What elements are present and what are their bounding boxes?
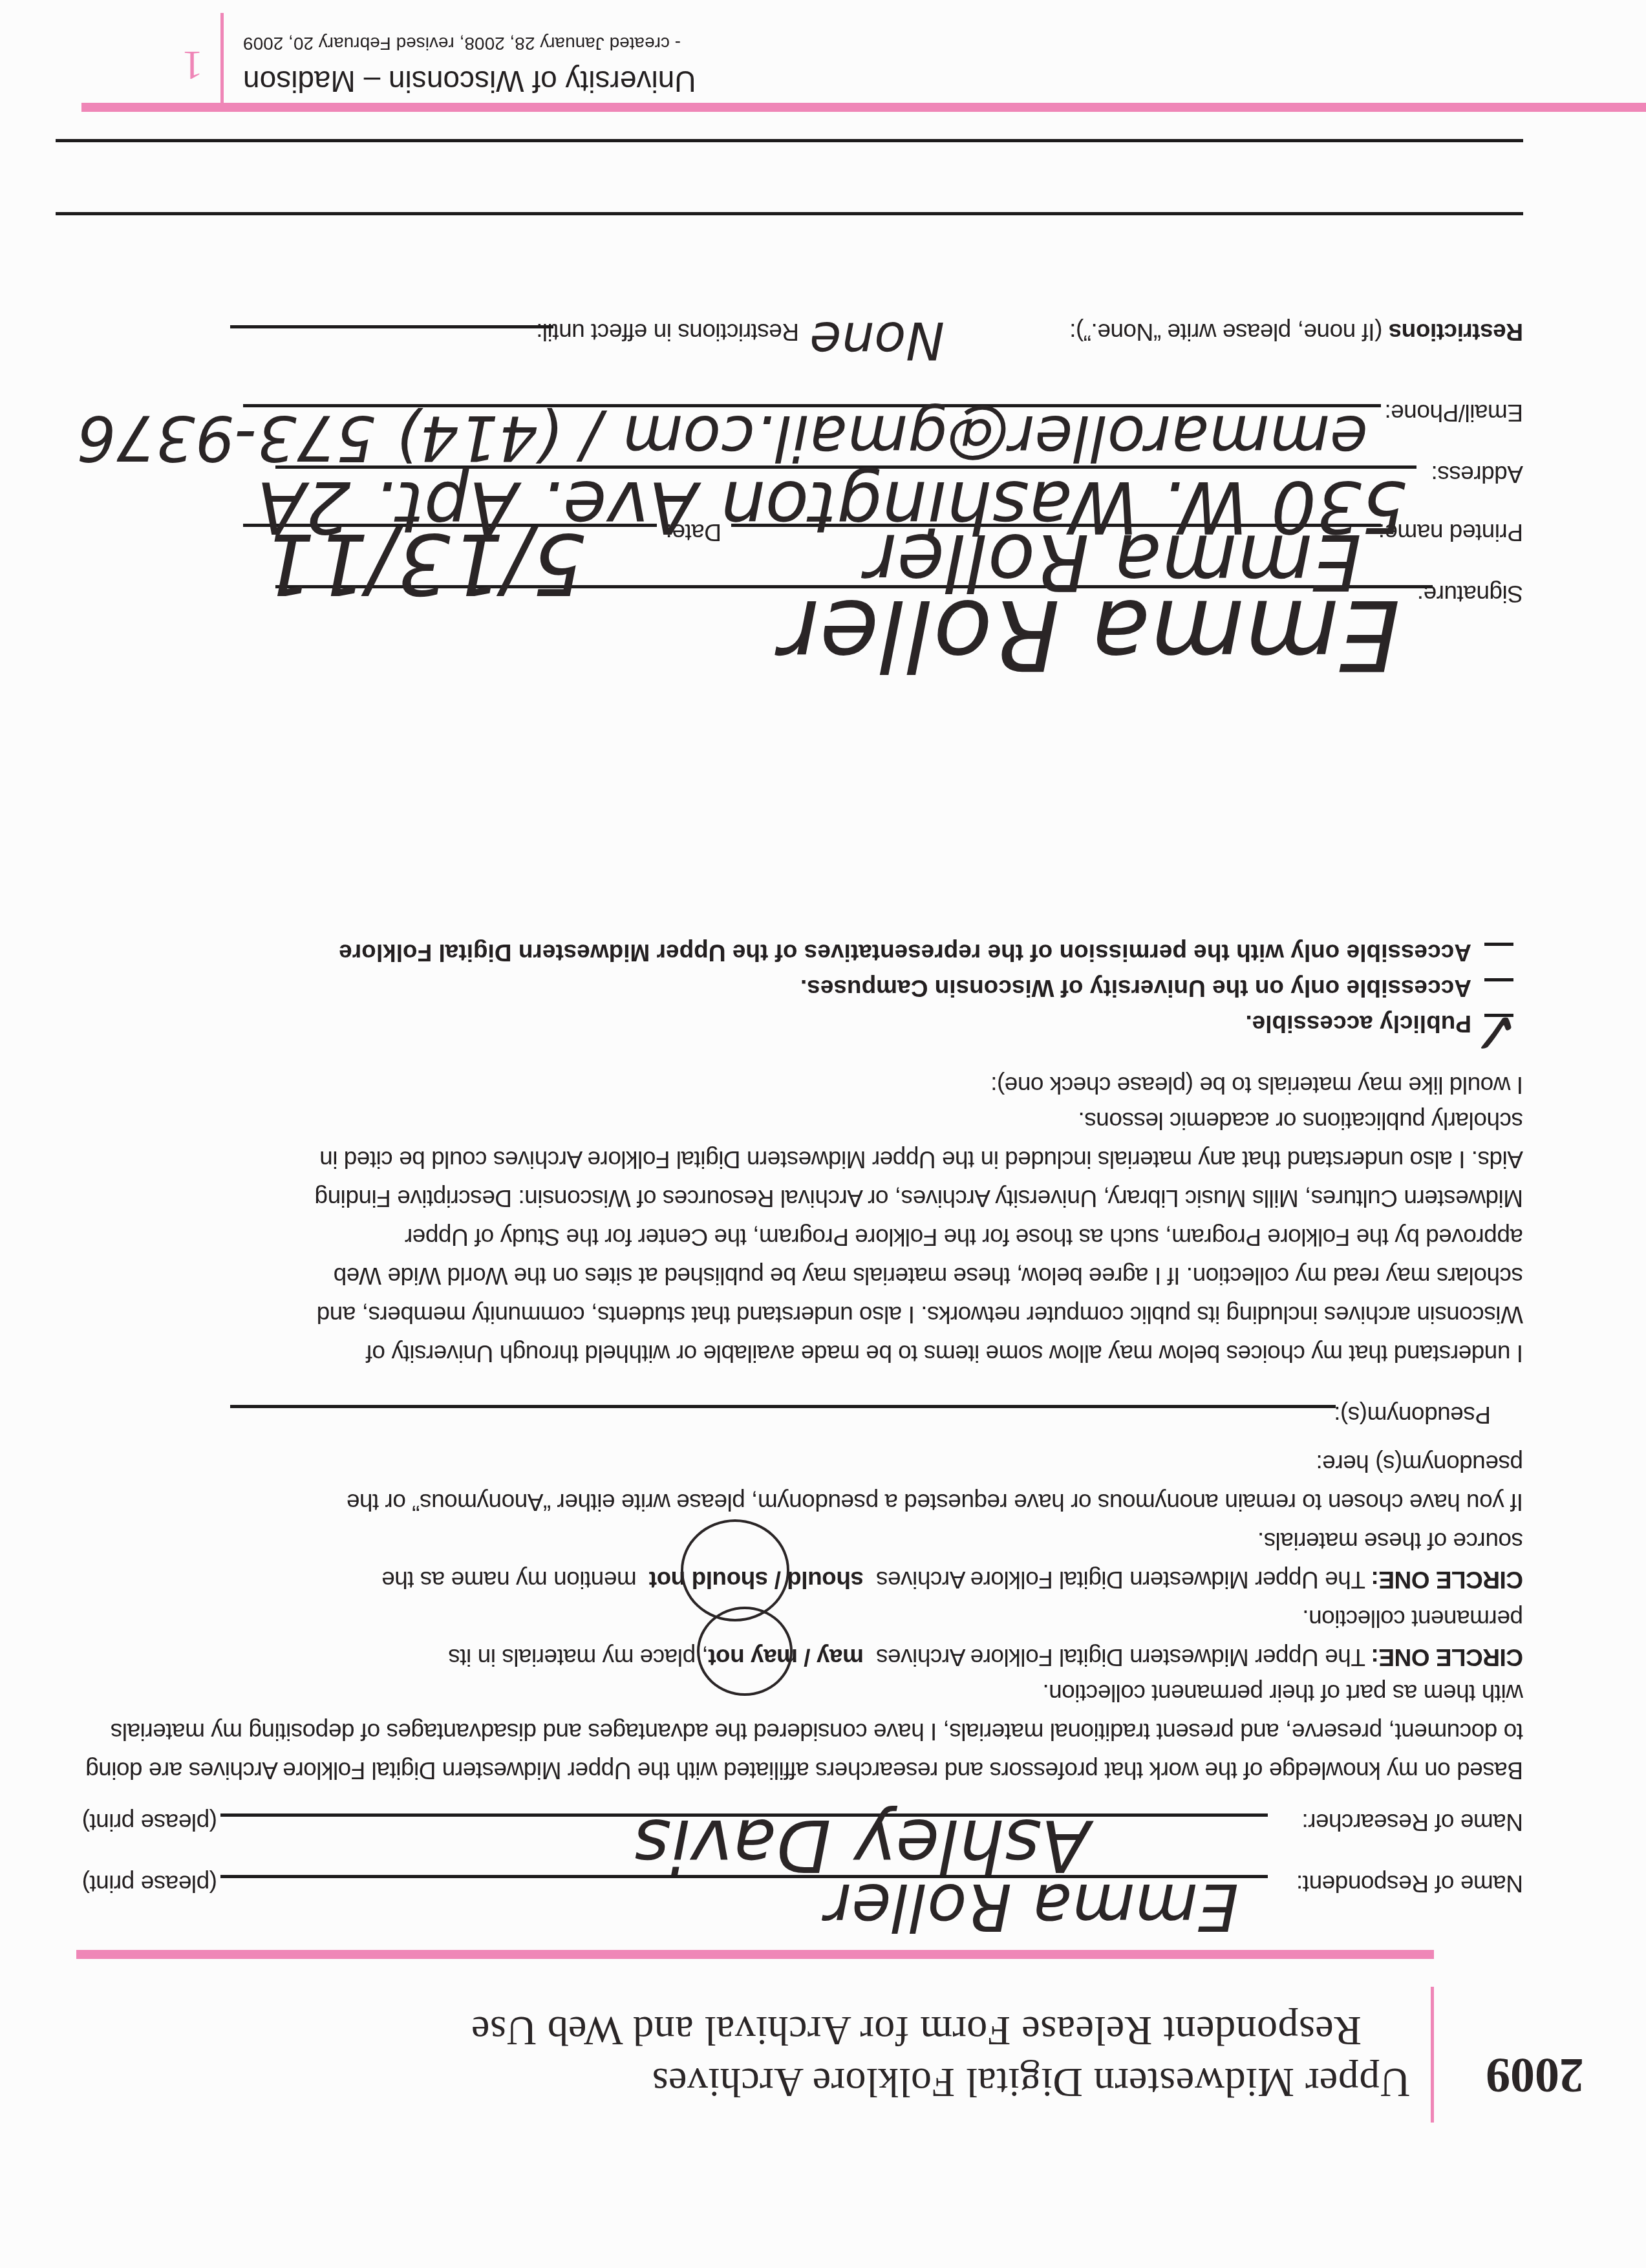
circle-one-prefix: The Upper Midwestern Digital Folklore Ar… xyxy=(877,1567,1365,1593)
selected-should-circle xyxy=(681,1519,789,1621)
form-title-line2: Respondent Release Form for Archival and… xyxy=(471,2007,1362,2055)
circle-one-permanent-line2: permanent collection. xyxy=(1303,1599,1523,1638)
checkbox-blank-line[interactable] xyxy=(1484,943,1513,946)
checkmark-icon: ✓ xyxy=(1471,998,1520,1065)
respondent-label: Name of Respondent: xyxy=(1297,1864,1523,1903)
circle-one-label: CIRCLE ONE: xyxy=(1371,1644,1523,1671)
access-option-public[interactable]: ✓ Publicly accessible. xyxy=(738,1004,1513,1043)
pseudonym-field[interactable] xyxy=(275,1415,1310,1453)
header-rule xyxy=(76,1950,1434,1959)
signature-label: Signature: xyxy=(1417,574,1523,613)
usage-paragraph-line: I understand that my choices below may a… xyxy=(62,1334,1523,1373)
extra-line-1 xyxy=(56,212,1523,215)
circle-one-suffix: mention my name as the xyxy=(382,1567,637,1593)
usage-paragraph: I understand that my choices below may a… xyxy=(62,1101,1523,1373)
usage-paragraph-line: scholarly publications or academic lesso… xyxy=(62,1101,1523,1140)
usage-paragraph-line: approved by the Folklore Program, such a… xyxy=(62,1217,1523,1256)
access-option-campus[interactable]: Accessible only on the University of Wis… xyxy=(479,968,1513,1007)
circle-one-suffix: place my materials in its xyxy=(449,1644,696,1671)
circle-one-prefix: The Upper Midwestern Digital Folklore Ar… xyxy=(877,1644,1365,1671)
access-option-label: Accessible only with the permission of t… xyxy=(339,933,1471,972)
consent-paragraph: Based on my knowledge of the work that p… xyxy=(81,1673,1523,1790)
access-option-label: Publicly accessible. xyxy=(1245,1004,1471,1043)
restrictions-label: Restrictions xyxy=(1389,319,1523,345)
respondent-hint: (please print) xyxy=(82,1864,217,1903)
option-may[interactable]: may xyxy=(817,1644,864,1671)
pseudonym-instructions: If you have chosen to remain anonymous o… xyxy=(347,1482,1523,1521)
footer-institution: University of Wisconsin – Madison xyxy=(243,64,696,99)
extra-line-2 xyxy=(56,139,1523,142)
pseudonym-line xyxy=(230,1405,1336,1408)
circle-one-attribution-line2: source of these materials. xyxy=(1257,1521,1523,1560)
restrictions-until-label: Restrictions in effect until: xyxy=(537,312,799,351)
usage-paragraph-line: Aids. I also understand that any materia… xyxy=(62,1140,1523,1179)
restrictions-until-line xyxy=(230,325,553,328)
restrictions-field[interactable]: None xyxy=(809,310,945,370)
option-separator: / xyxy=(804,1644,811,1671)
researcher-name-field[interactable]: Ashley Davis xyxy=(634,1804,1090,1887)
researcher-hint: (please print) xyxy=(82,1803,217,1841)
access-option-permission[interactable]: Accessible only with the permission of t… xyxy=(91,933,1513,972)
pseudonym-label: Pseudonym(s): xyxy=(1334,1395,1491,1434)
address-label: Address: xyxy=(1431,455,1523,493)
email-phone-field[interactable]: emmaroller@gmail.com / (414) 573-9376 xyxy=(77,401,1368,474)
form-title-line1: Upper Midwestern Digital Folklore Archiv… xyxy=(652,2059,1410,2106)
usage-paragraph-line: Wisconsin archives including its public … xyxy=(62,1295,1523,1334)
option-should[interactable]: should xyxy=(787,1567,864,1593)
address-field[interactable]: 530 W. Washington Ave. Apt. 2A xyxy=(257,465,1407,548)
circle-one-label: CIRCLE ONE: xyxy=(1371,1567,1523,1593)
release-form-page: 2009 Upper Midwestern Digital Folklore A… xyxy=(0,0,1646,2268)
usage-paragraph-line: Midwestern Cultures, Mills Music Library… xyxy=(62,1179,1523,1217)
circle-one-attribution: CIRCLE ONE: The Upper Midwestern Digital… xyxy=(81,1560,1523,1599)
restrictions-until-field[interactable] xyxy=(237,332,547,367)
footer-rule xyxy=(81,103,1646,112)
footer-divider xyxy=(220,13,224,109)
header-divider xyxy=(1431,1987,1434,2123)
access-option-label: Accessible only on the University of Wis… xyxy=(800,968,1471,1007)
checkbox-blank-line[interactable] xyxy=(1484,978,1513,981)
page-number: 1 xyxy=(182,41,203,89)
access-prompt: I would like may materials to be (please… xyxy=(991,1065,1523,1104)
circle-one-permanent: CIRCLE ONE: The Upper Midwestern Digital… xyxy=(81,1638,1523,1676)
footer-revision: - created January 28, 2008, revised Febr… xyxy=(243,33,681,54)
email-phone-label: Email/Phone: xyxy=(1385,393,1523,432)
usage-paragraph-line: scholars may read my collection. If I ag… xyxy=(62,1256,1523,1295)
researcher-label: Name of Researcher: xyxy=(1302,1803,1523,1841)
form-year: 2009 xyxy=(1486,2047,1584,2103)
restrictions-hint: (If none, please write “None.”): xyxy=(1070,319,1383,345)
pseudonym-instructions-line2: pseudonym(s) here: xyxy=(1316,1444,1523,1482)
